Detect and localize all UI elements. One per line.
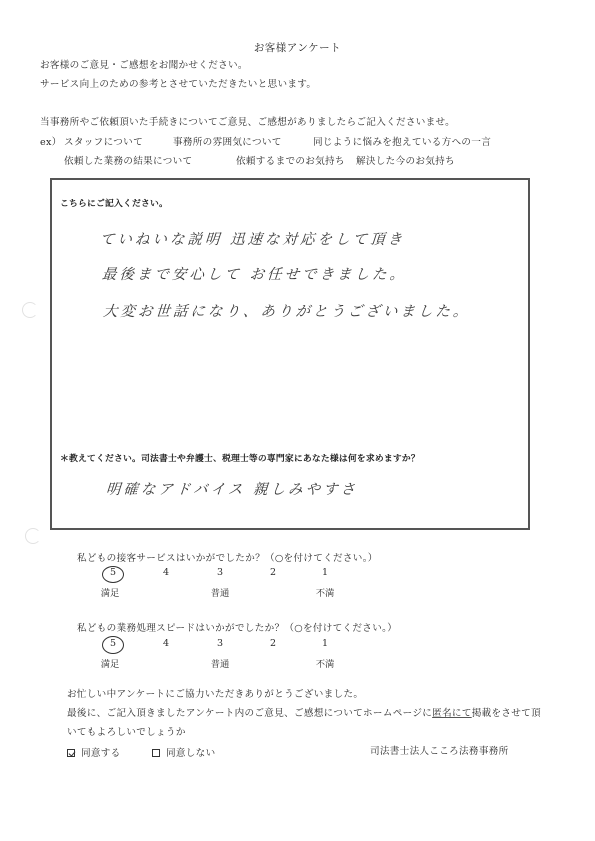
- rating-label-high: 満足: [90, 585, 130, 599]
- intro-line-3: 当事務所やご依頼頂いた手続きについてご意見、ご感想がありましたらご記入くださいま…: [40, 116, 455, 129]
- office-name: 司法書士法人こころ法務事務所: [370, 745, 509, 758]
- disagree-option[interactable]: 同意しない: [152, 745, 215, 759]
- example-item: スタッフについて: [64, 134, 143, 148]
- example-item: 解決した今のお気持ち: [356, 153, 455, 167]
- example-item: 事務所の雰囲気について: [173, 134, 282, 148]
- rating-option-3[interactable]: 3: [210, 638, 230, 649]
- anonymous-emphasis: 匿名にて: [432, 708, 472, 719]
- intro-line-2: サービス向上のための参考とさせていただきたいと思います。: [40, 78, 316, 91]
- handwritten-comment-line-2: 最後まで安心して お任せできました。: [101, 263, 408, 284]
- example-item: 同じように悩みを抱えている方への一言: [313, 134, 491, 148]
- consent-question-line-1: 最後に、ご記入頂きましたアンケート内のご意見、ご感想についてホームページに匿名に…: [67, 707, 541, 720]
- rating-label-mid: 普通: [200, 656, 240, 670]
- disagree-checkbox[interactable]: [152, 749, 160, 757]
- rating-option-4[interactable]: 4: [156, 638, 176, 649]
- handwritten-comment-line-3: 大変お世話になり、ありがとうございました。: [102, 300, 471, 321]
- punch-hole-top: [22, 302, 38, 318]
- rating-option-5[interactable]: 5: [103, 567, 123, 578]
- rating-label-low: 不満: [305, 585, 345, 599]
- page-title: お客様アンケート: [0, 40, 595, 55]
- agree-label: 同意する: [81, 748, 121, 759]
- closing-thanks: お忙しい中アンケートにご協力いただきありがとうございました。: [67, 688, 363, 701]
- rating-label-high: 満足: [90, 656, 130, 670]
- rating-question: 私どもの接客サービスはいかがでしたか？（○を付けてください。）: [77, 550, 378, 564]
- consent-text-pre: 最後に、ご記入頂きましたアンケート内のご意見、ご感想についてホームページに: [67, 708, 432, 719]
- disagree-label: 同意しない: [166, 748, 215, 759]
- rating-question: 私どもの業務処理スピードはいかがでしたか？（○を付けてください。）: [77, 620, 397, 634]
- rating-option-5[interactable]: 5: [103, 638, 123, 649]
- consent-question-line-2: いてもよろしいでしょうか: [67, 726, 186, 739]
- rating-option-4[interactable]: 4: [156, 567, 176, 578]
- handwritten-comment-line-1: ていねいな説明 迅速な対応をして頂き: [99, 228, 406, 249]
- example-item: 依頼した業務の結果について: [64, 153, 192, 167]
- rating-option-1[interactable]: 1: [315, 638, 335, 649]
- comment-box-label: こちらにご記入ください。: [60, 196, 168, 209]
- agree-checkbox[interactable]: [67, 749, 75, 757]
- rating-option-2[interactable]: 2: [263, 638, 283, 649]
- handwritten-expert-answer: 明確なアドバイス 親しみやすさ: [105, 478, 359, 499]
- punch-hole-bottom: [25, 528, 41, 544]
- rating-option-2[interactable]: 2: [263, 567, 283, 578]
- rating-label-low: 不満: [305, 656, 345, 670]
- rating-label-mid: 普通: [200, 585, 240, 599]
- consent-text-post: 掲載をさせて頂: [472, 708, 541, 719]
- rating-option-3[interactable]: 3: [210, 567, 230, 578]
- expert-question-label: ＊教えてください。司法書士や弁護士、税理士等の専門家にあなた様は何を求めますか？: [60, 451, 420, 464]
- example-item: 依頼するまでのお気持ち: [236, 153, 345, 167]
- agree-option[interactable]: 同意する: [67, 745, 121, 759]
- intro-line-1: お客様のご意見・ご感想をお聞かせください。: [40, 59, 248, 72]
- rating-option-1[interactable]: 1: [315, 567, 335, 578]
- examples-prefix: ex）: [40, 134, 62, 148]
